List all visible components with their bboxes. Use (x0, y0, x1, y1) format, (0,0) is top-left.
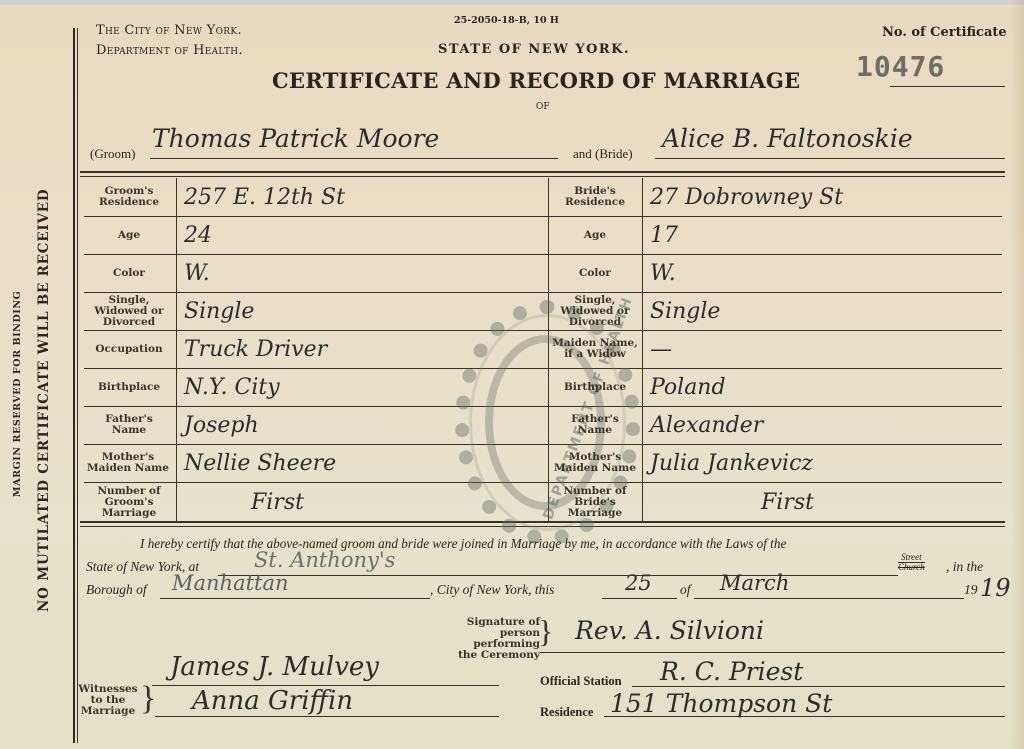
church-label: Church (898, 562, 925, 572)
certificate-number: 10476 (856, 50, 945, 83)
official-station-label: Official Station (540, 674, 622, 689)
bride-marriage-number-value: First (755, 482, 995, 522)
bride-birthplace-value: Poland (644, 368, 1002, 406)
document-title: CERTIFICATE AND RECORD OF MARRIAGE (272, 68, 800, 93)
groom-residence-label: Groom's Residence (84, 178, 174, 216)
scan-top-edge (0, 0, 1024, 5)
groom-age-label: Age (84, 216, 174, 254)
certificate-number-underline (890, 86, 1005, 87)
groom-occupation-value: Truck Driver (178, 330, 546, 368)
bride-color-value: W. (644, 254, 1002, 292)
groom-mother-maiden-name-label: Mother's Maiden Name (80, 444, 176, 482)
signature-brace: } (538, 613, 553, 649)
of-label: of (680, 582, 691, 598)
officiant-residence-label: Residence (540, 705, 593, 720)
official-station-value: R. C. Priest (660, 657, 803, 686)
header-of: OF (536, 102, 550, 112)
groom-marriage-number-label: Number of Groom's Marriage (84, 482, 174, 522)
signature-label: Signature of person performing the Cerem… (440, 617, 540, 661)
bride-father-name-value: Alexander (644, 406, 1002, 444)
witness-2-line (155, 716, 499, 717)
bride-maiden-name-label: Maiden Name, if a Widow (546, 330, 644, 368)
bride-name: Alice B. Faltonoskie (662, 124, 913, 153)
certificate-number-label: No. of Certificate (882, 25, 1007, 40)
certification-statement: I hereby certify that the above-named gr… (140, 536, 786, 552)
margin-warning: NO MUTILATED CERTIFICATE WILL BE RECEIVE… (36, 189, 52, 612)
witness-2: Anna Griffin (192, 686, 353, 716)
margin-binding-note: MARGIN RESERVED FOR BINDING (12, 291, 23, 497)
bride-name-line (655, 158, 1005, 159)
groom-name: Thomas Patrick Moore (152, 124, 439, 153)
borough-line (160, 598, 430, 599)
year-prefix: 19 (964, 582, 978, 598)
city-label: , City of New York, this (430, 582, 554, 598)
bride-age-label: Age (550, 216, 640, 254)
margin-rule-inner (77, 28, 78, 743)
ceremony-place-line (218, 575, 898, 576)
groom-label: (Groom) (90, 146, 136, 162)
groom-color-value: W. (178, 254, 546, 292)
header-city: The City of New York. (96, 20, 242, 41)
officiant-residence-line (604, 716, 1005, 717)
groom-father-name-label: Father's Name (84, 406, 174, 444)
ceremony-day: 25 (625, 571, 652, 595)
bride-marital-status-value: Single (644, 292, 1002, 330)
groom-birthplace-value: N.Y. City (178, 368, 546, 406)
table-top-rule (80, 171, 1005, 173)
groom-color-label: Color (84, 254, 174, 292)
bride-residence-value: 27 Dobrowney St (644, 178, 1002, 216)
bride-mother-maiden-name-label: Mother's Maiden Name (546, 444, 644, 482)
bride-marriage-number-label: Number of Bride's Marriage (550, 482, 640, 522)
signature-line (540, 652, 1005, 653)
certification-place-suffix: , in the (946, 559, 983, 575)
bride-color-label: Color (550, 254, 640, 292)
bride-marital-status-label: Single, Widowed or Divorced (550, 292, 640, 330)
ceremony-year: 19 (980, 574, 1011, 602)
day-line (602, 598, 677, 599)
bride-father-name-label: Father's Name (550, 406, 640, 444)
groom-marital-status-label: Single, Widowed or Divorced (84, 292, 174, 330)
bride-age-value: 17 (644, 216, 1002, 254)
form-number: 25-2050-18-B, 10 H (454, 15, 559, 26)
bride-mother-maiden-name-value: Julia Jankevicz (644, 444, 1002, 482)
month-line (694, 598, 964, 599)
header-department: Department of Health. (96, 40, 243, 61)
paper-right-edge (1010, 0, 1024, 749)
officiant-residence-value: 151 Thompson St (610, 689, 832, 718)
groom-occupation-label: Occupation (84, 330, 174, 368)
bride-residence-label: Bride's Residence (550, 178, 640, 216)
bride-maiden-name-value: — (644, 330, 1002, 368)
margin-rule (73, 28, 75, 743)
witness-1: James J. Mulvey (170, 652, 379, 682)
groom-birthplace-label: Birthplace (84, 368, 174, 406)
header-state: STATE OF NEW YORK. (438, 42, 630, 57)
ceremony-place: St. Anthony's (254, 548, 395, 572)
street-label: Street (898, 553, 925, 562)
borough-value: Manhattan (172, 571, 289, 595)
groom-residence-value: 257 E. 12th St (178, 178, 546, 216)
bride-label: and (Bride) (573, 146, 633, 162)
ceremony-month: March (720, 571, 789, 595)
groom-age-value: 24 (178, 216, 546, 254)
groom-name-line (150, 158, 558, 159)
groom-father-name-value: Joseph (178, 406, 546, 444)
borough-label: Borough of (86, 582, 147, 598)
official-station-line (632, 686, 1005, 687)
witnesses-label: Witnesses to the Marriage (76, 684, 140, 717)
table-top-rule-2 (80, 176, 1005, 177)
groom-label-divider (176, 178, 177, 522)
officiant-signature: Rev. A. Silvioni (575, 616, 764, 645)
groom-mother-maiden-name-value: Nellie Sheere (178, 444, 546, 482)
groom-marriage-number-value: First (245, 482, 545, 522)
groom-marital-status-value: Single (178, 292, 546, 330)
bride-birthplace-label: Birthplace (550, 368, 640, 406)
street-church-note: Street Church (898, 553, 925, 572)
